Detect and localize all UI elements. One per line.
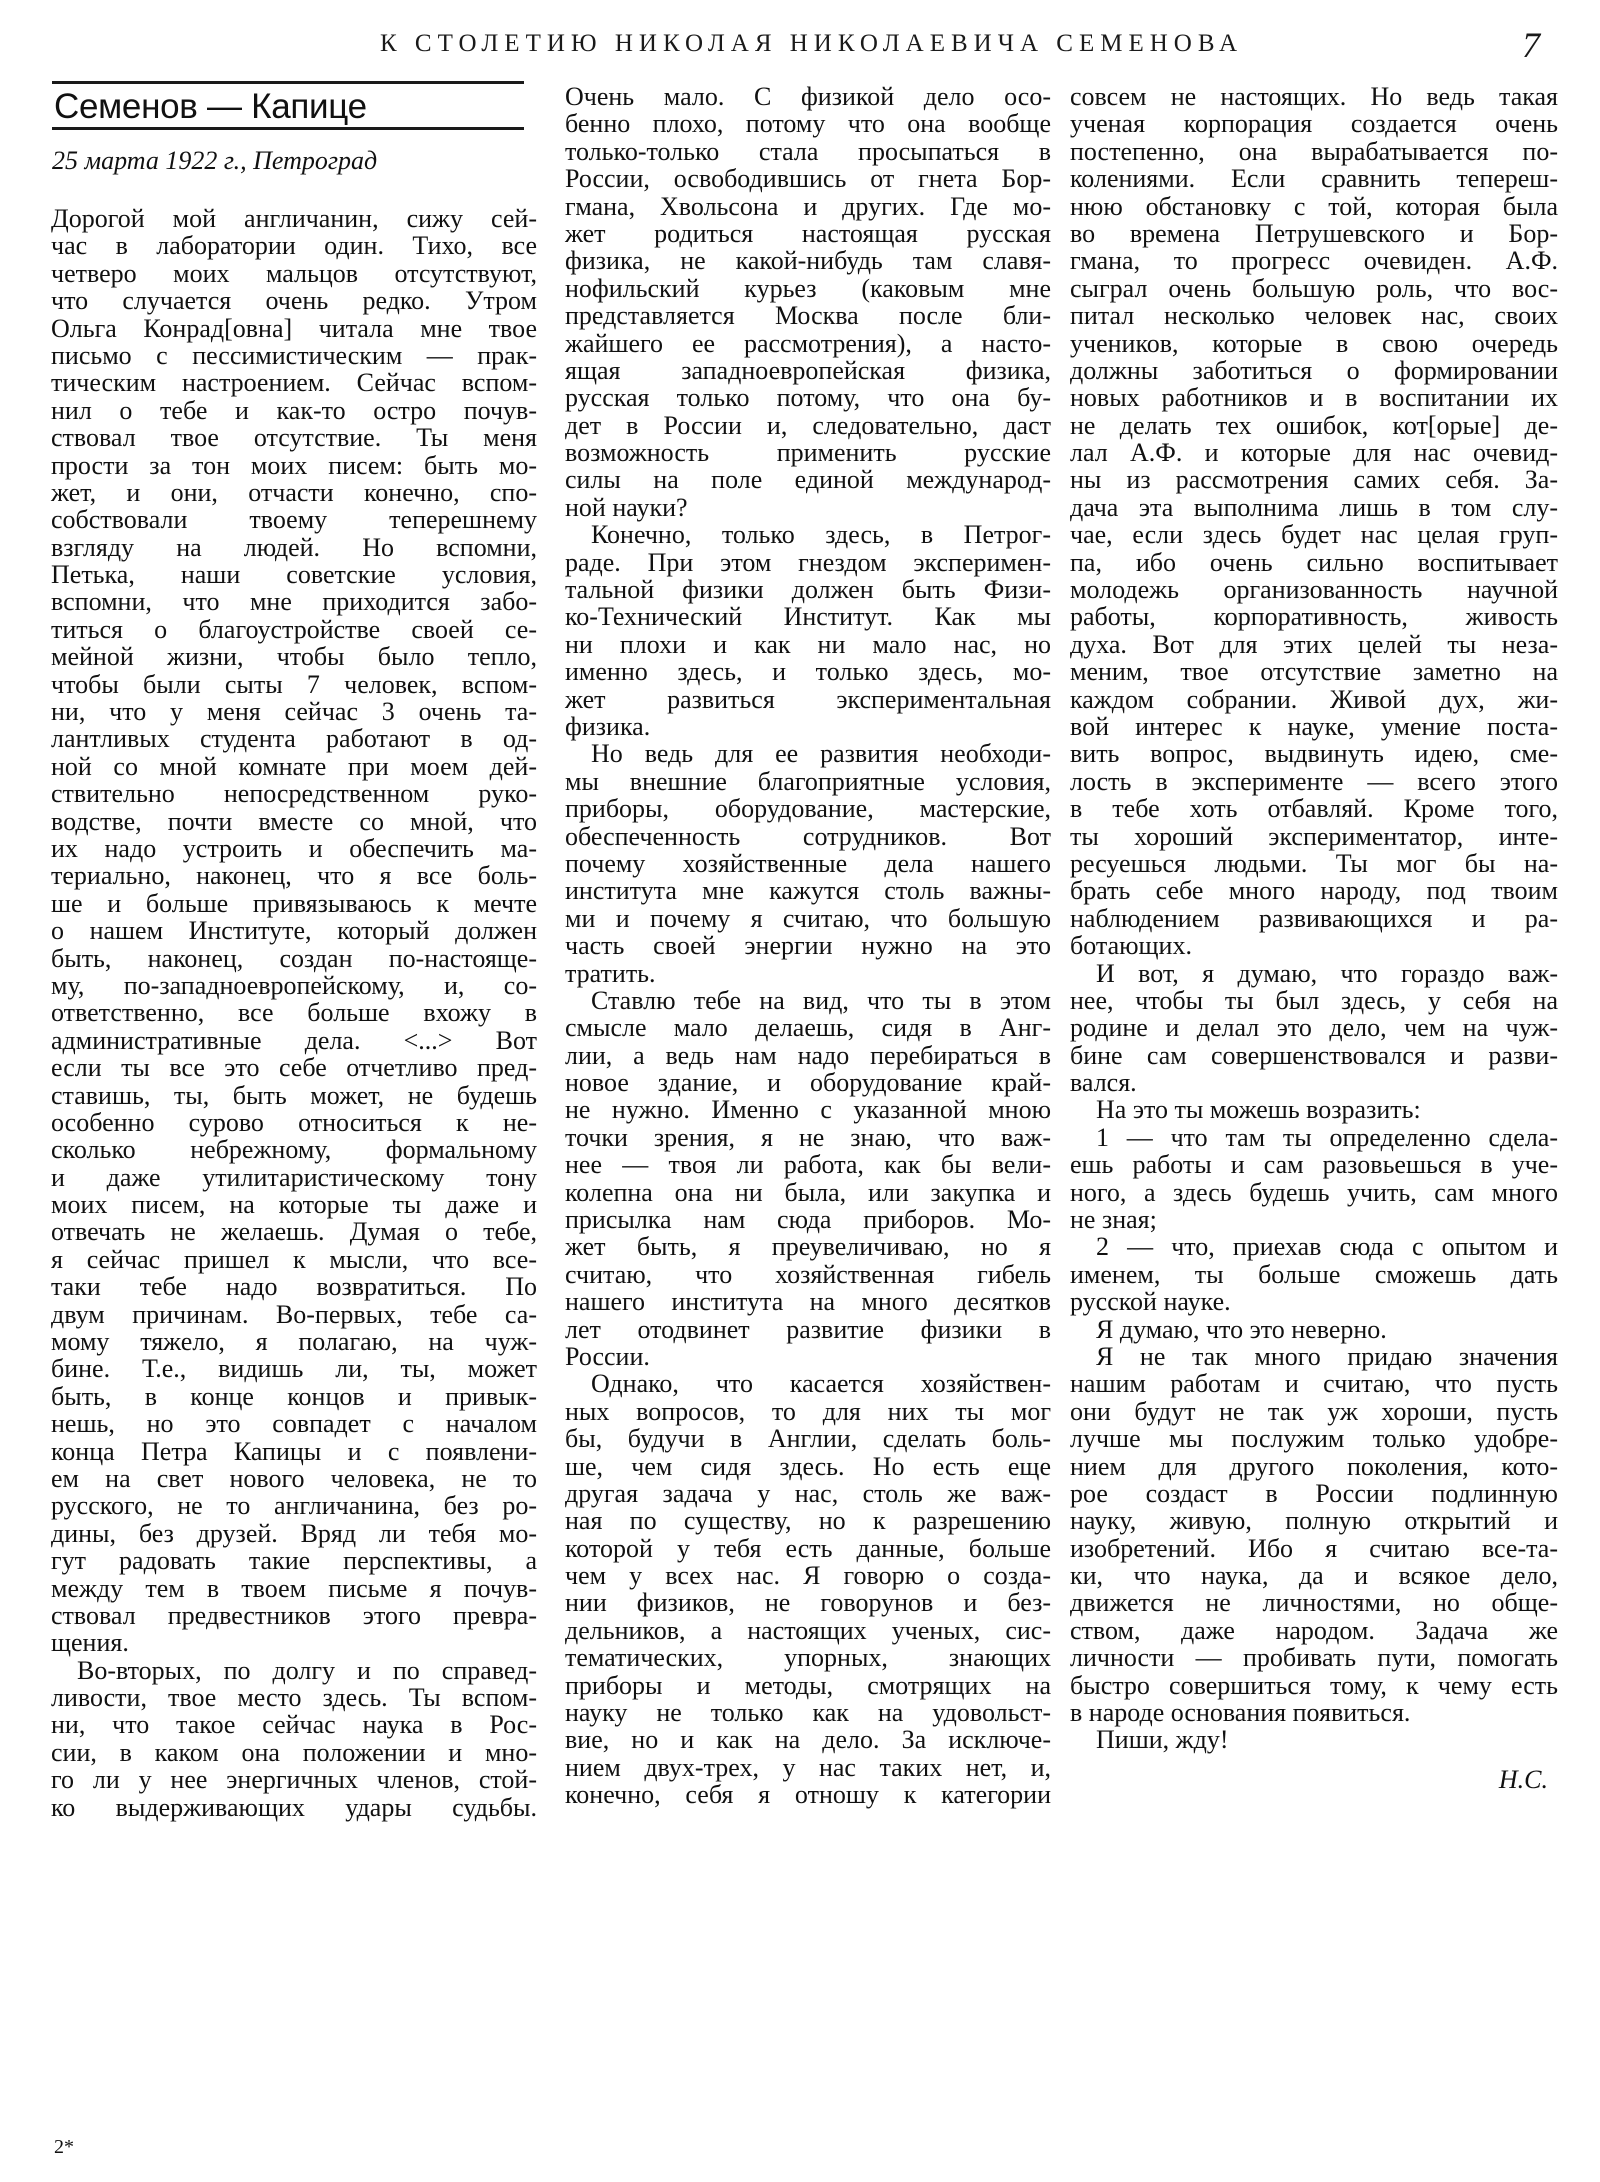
text-line: брать себе много народу, под твоим [1070,877,1558,904]
text-line: питал несколько человек нас, своих [1070,302,1558,329]
text-line: нии физиков, не говорунов и без- [565,1589,1051,1616]
text-line: и даже утилитаристическому тону [51,1164,537,1191]
text-line: смысле мало делаешь, сидя в Анг- [565,1014,1051,1041]
text-line: гмана, то прогресс очевиден. А.Ф. [1070,247,1558,274]
text-line: го ли у нее энергичных членов, стой- [51,1766,537,1793]
text-line: чтобы были сыты 7 человек, вспом- [51,671,537,698]
text-line: лет отодвинет развитие физики в [565,1316,1051,1343]
text-line: бине. Т.е., видишь ли, ты, может [51,1355,537,1382]
text-line: родине и делал это дело, чем на чуж- [1070,1014,1558,1041]
text-line: ше, чем сидя здесь. Но есть еще [565,1453,1051,1480]
text-line: чем у всех нас. Я говорю о созда- [565,1562,1051,1589]
text-line: России. [565,1343,1051,1370]
text-line: ной науки? [565,494,1051,521]
text-line: что случается очень редко. Утром [51,287,537,314]
text-line: России, освободившись от гнета Бор- [565,165,1051,192]
text-line: Конечно, только здесь, в Петрог- [565,521,1051,548]
text-line: молодежь организованность научной [1070,576,1558,603]
text-line: 1 — что там ты определенно сдела- [1070,1124,1558,1151]
text-line: лии, а ведь нам надо перебираться в [565,1042,1051,1069]
text-line: 2 — что, приехав сюда с опытом и [1070,1233,1558,1260]
text-line: Ольга Конрад[овна] читала мне твое [51,315,537,342]
text-line: Однако, что касается хозяйствен- [565,1370,1051,1397]
text-line: ного, а здесь будешь учить, сам много [1070,1179,1558,1206]
text-line: вить вопрос, выдвинуть идею, сме- [1070,740,1558,767]
text-line: жайшего ее рассмотрения), а насто- [565,330,1051,357]
page-number: 7 [1522,24,1540,66]
text-line: дины, без друзей. Вряд ли тебя мо- [51,1520,537,1547]
text-line: мы внешние благоприятные условия, [565,768,1051,795]
text-line: они будут не так уж хороши, пусть [1070,1398,1558,1425]
text-line: института мне кажутся столь важны- [565,877,1051,904]
text-line: быстро совершиться тому, к чему есть [1070,1672,1558,1699]
text-line: в народе основания появиться. [1070,1699,1558,1726]
text-line: вспомни, что мне приходится забо- [51,588,537,615]
text-line: каждом собрании. Живой дух, жи- [1070,686,1558,713]
text-line: часть своей энергии нужно на это [565,932,1051,959]
text-line: гмана, Хвольсона и других. Где мо- [565,193,1051,220]
text-line: работы, корпоративность, живость [1070,603,1558,630]
text-line: взгляду на людей. Но вспомни, [51,534,537,561]
text-line: дельников, а настоящих ученых, сис- [565,1617,1051,1644]
text-line: приборы, оборудование, мастерские, [565,795,1051,822]
text-line: му, по-западноевропейскому, и, со- [51,972,537,999]
text-line: физика. [565,713,1051,740]
text-line: лантливых студента работают в од- [51,725,537,752]
text-line: прости за тон моих писем: быть мо- [51,452,537,479]
text-line: быть, наконец, создан по-настояще- [51,945,537,972]
printer-sheet-mark: 2* [54,2136,74,2159]
text-line: ми и почему я считаю, что большую [565,905,1051,932]
text-line: таки тебе надо возвратиться. По [51,1273,537,1300]
text-line: ешь работы и сам разовьешься в уче- [1070,1151,1558,1178]
text-line: мейной жизни, чтобы было тепло, [51,643,537,670]
text-line: ше и больше привязываюсь к мечте [51,890,537,917]
text-line: новое здание, и оборудование край- [565,1069,1051,1096]
text-line: между тем в твоем письме я почув- [51,1575,537,1602]
text-line: о нашем Институте, который должен [51,917,537,944]
text-line: ки, что наука, да и всякое дело, [1070,1562,1558,1589]
text-line: нюю обстановку с той, которая была [1070,193,1558,220]
text-line: тематических, упорных, знающих [565,1644,1051,1671]
text-line: физика, не какой-нибудь там славя- [565,247,1051,274]
text-line: ни плохи и как ни мало нас, но [565,631,1051,658]
text-line: движется не личностями, но обще- [1070,1589,1558,1616]
text-line: только-только стала просыпаться в [565,138,1051,165]
title-rule-bottom [52,127,524,130]
running-header: К СТОЛЕТИЮ НИКОЛАЯ НИКОЛАЕВИЧА СЕМЕНОВА … [0,28,1600,68]
text-line: нофильский курьез (каковым мне [565,275,1051,302]
text-line: тратить. [565,960,1051,987]
text-line: ни, что такое сейчас наука в Рос- [51,1711,537,1738]
text-line: ко выдерживающих удары судьбы. [51,1794,537,1821]
text-line: особенно сурово относиться к не- [51,1109,537,1136]
text-line: ботающих. [1070,932,1558,959]
text-line: ством, даже народом. Задача же [1070,1617,1558,1644]
text-line: двум причинам. Во-первых, тебе са- [51,1301,537,1328]
text-line: ствовал предвестников этого превра- [51,1602,537,1629]
text-line: ни, что у меня сейчас 3 очень та- [51,698,537,725]
text-line: Петька, наши советские условия, [51,561,537,588]
text-line: нее — твоя ли работа, как бы вели- [565,1151,1051,1178]
text-line: Ставлю тебе на вид, что ты в этом [565,987,1051,1014]
text-line: нил о тебе и как-то остро почув- [51,397,537,424]
text-line: ответственно, все больше вхожу в [51,999,537,1026]
text-line: присылка нам сюда приборов. Мо- [565,1206,1051,1233]
text-line: сколько небрежному, формальному [51,1136,537,1163]
text-line: бенно плохо, потому что она вообще [565,110,1051,137]
text-line: титься о благоустройстве своей се- [51,616,537,643]
text-line: личности — пробивать пути, помогать [1070,1644,1558,1671]
text-line: собствовали твоему теперешнему [51,506,537,533]
text-line: отвечать не желаешь. Думая о тебе, [51,1218,537,1245]
text-line: если ты все это себе отчетливо пред- [51,1054,537,1081]
text-line: сии, в каком она положении и мно- [51,1739,537,1766]
text-line: силы на поле единой международ- [565,466,1051,493]
text-line: На это ты можешь возразить: [1070,1096,1558,1123]
text-line: жет родиться настоящая русская [565,220,1051,247]
text-line: Очень мало. С физикой дело осо- [565,83,1051,110]
text-line: моих писем, на которые ты даже и [51,1191,537,1218]
running-title: К СТОЛЕТИЮ НИКОЛАЯ НИКОЛАЕВИЧА СЕМЕНОВА [380,30,1243,58]
article-title-block: Семенов — Капице [52,81,524,130]
text-line: ливости, твое место здесь. Ты вспом- [51,1684,537,1711]
text-line: именем, ты больше сможешь дать [1070,1261,1558,1288]
text-line: лучше мы послужим только удобре- [1070,1425,1558,1452]
text-line: ставишь, ты, быть может, не будешь [51,1082,537,1109]
text-line: Во-вторых, по долгу и по справед- [51,1657,537,1684]
text-line: ной со мной комнате при моем дей- [51,753,537,780]
text-line: ты хороший экспериментатор, инте- [1070,823,1558,850]
text-column-2: Очень мало. С физикой дело осо-бенно пло… [565,83,1051,1809]
text-line: ученая корпорация создается очень [1070,110,1558,137]
text-line: нее, чтобы ты был здесь, у себя на [1070,987,1558,1014]
text-line: считаю, что хозяйственная гибель [565,1261,1051,1288]
text-line: четверо моих мальцов отсутствуют, [51,260,537,287]
text-line: ных вопросов, то для них ты мог [565,1398,1051,1425]
text-line: новых работников и в воспитании их [1070,384,1558,411]
text-column-3: совсем не настоящих. Но ведь такаяученая… [1070,83,1558,1796]
text-column-1: Дорогой мой англичанин, сижу сей-час в л… [51,205,537,1821]
text-line: их надо устроить и обеспечить ма- [51,835,537,862]
text-line: совсем не настоящих. Но ведь такая [1070,83,1558,110]
text-line: водстве, почти вместе со мной, что [51,808,537,835]
text-line: сыграл очень большую роль, что вос- [1070,275,1558,302]
text-line: учеников, которые в свою очередь [1070,330,1558,357]
text-line: тическим настроением. Сейчас вспом- [51,369,537,396]
text-line: науку не только как на удовольст- [565,1699,1051,1726]
text-line: ресуешься людьми. Ты мог бы на- [1070,850,1558,877]
text-line: конца Петра Капицы и с появлени- [51,1438,537,1465]
text-line: должны заботиться о формировании [1070,357,1558,384]
text-line: постепенно, она вырабатывается по- [1070,138,1558,165]
article-title: Семенов — Капице [52,84,524,127]
text-line: почему хозяйственные дела нашего [565,850,1051,877]
text-line: в тебе хоть отбавляй. Кроме того, [1070,795,1558,822]
text-line: колепна она ни была, или закупка и [565,1179,1051,1206]
text-line: лость в эксперименте — всего этого [1070,768,1558,795]
text-line: русской науке. [1070,1288,1558,1315]
text-line: быть, в конце концов и привык- [51,1383,537,1410]
text-line: вой интерес к науке, умение поста- [1070,713,1558,740]
text-line: Дорогой мой англичанин, сижу сей- [51,205,537,232]
text-line: вался. [1070,1069,1558,1096]
text-line: именно здесь, и только здесь, мо- [565,658,1051,685]
text-line: гут радовать такие перспективы, а [51,1547,537,1574]
text-line: нашего института на много десятков [565,1288,1051,1315]
text-line: обеспеченность сотрудников. Вот [565,823,1051,850]
text-line: административные дела. <...> Вот [51,1027,537,1054]
text-line: русская только потому, что она бу- [565,384,1051,411]
text-line: нием для другого поколения, кото- [1070,1453,1558,1480]
text-line: дет в России и, следовательно, даст [565,412,1051,439]
text-line: ствовал твое отсутствие. Ты меня [51,424,537,451]
text-line: русского, не то англичанина, без ро- [51,1492,537,1519]
text-line: жет развиться экспериментальная [565,686,1051,713]
signature: Н.С. [1070,1766,1558,1796]
text-line: Я не так много придаю значения [1070,1343,1558,1370]
text-line: Пиши, жду! [1070,1726,1558,1753]
text-line: бы, будучи в Англии, сделать боль- [565,1425,1051,1452]
text-line: наблюдением развивающихся и ра- [1070,905,1558,932]
text-line: которой у тебя есть данные, больше [565,1535,1051,1562]
text-line: дача эта выполнима лишь в том слу- [1070,494,1558,521]
text-line: чае, если здесь будет нас целая груп- [1070,521,1558,548]
text-line: час в лаборатории один. Тихо, все [51,232,537,259]
text-line: нашим работам и считаю, что пусть [1070,1370,1558,1397]
text-line: конечно, себя я отношу к категории [565,1781,1051,1808]
text-line: ствительно непосредственном руко- [51,780,537,807]
text-line: возможность применить русские [565,439,1051,466]
text-line: изобретений. Ибо я считаю все-та- [1070,1535,1558,1562]
text-line: щения. [51,1629,537,1656]
text-line: лал А.Ф. и которые для нас очевид- [1070,439,1558,466]
text-line: нешь, но это совпадет с началом [51,1410,537,1437]
text-line: рое создаст в России подлинную [1070,1480,1558,1507]
text-line: не делать тех ошибок, кот[орые] де- [1070,412,1558,439]
text-line: ко-Технический Институт. Как мы [565,603,1051,630]
text-line: во времена Петрушевского и Бор- [1070,220,1558,247]
text-line: мому тяжело, я полагаю, на чуж- [51,1328,537,1355]
text-line: науку, живую, полную открытий и [1070,1507,1558,1534]
text-line: жет быть, я преувеличиваю, но я [565,1233,1051,1260]
text-line: Но ведь для ее развития необходи- [565,740,1051,767]
text-line: ящая западноевропейская физика, [565,357,1051,384]
text-line: бине сам совершенствовался и разви- [1070,1042,1558,1069]
text-line: письмо с пессимистическим — прак- [51,342,537,369]
text-line: Я думаю, что это неверно. [1070,1316,1558,1343]
dateline: 25 марта 1922 г., Петроград [52,146,377,176]
text-line: точки зрения, я не знаю, что важ- [565,1124,1051,1151]
text-line: вие, но и как на дело. За исключе- [565,1726,1051,1753]
text-line: меним, твое отсутствие заметно на [1070,658,1558,685]
text-line: ная по существу, но к разрешению [565,1507,1051,1534]
text-line: териально, наконец, что я все боль- [51,862,537,889]
text-line: ны из рассмотрения самих себя. За- [1070,466,1558,493]
text-line: тальной физики должен быть Физи- [565,576,1051,603]
text-line: не зная; [1070,1206,1558,1233]
text-line: жет, и они, отчасти конечно, спо- [51,479,537,506]
text-line: И вот, я думаю, что гораздо важ- [1070,960,1558,987]
text-line: я сейчас пришел к мысли, что все- [51,1246,537,1273]
text-line: па, ибо очень сильно воспитывает [1070,549,1558,576]
text-line: нием двух-трех, у нас таких нет, и, [565,1754,1051,1781]
text-line: колениями. Если сравнить тепереш- [1070,165,1558,192]
text-line: не нужно. Именно с указанной мною [565,1096,1051,1123]
text-line: ем на свет нового человека, не то [51,1465,537,1492]
text-line: духа. Вот для этих целей ты неза- [1070,631,1558,658]
text-line: приборы и методы, смотрящих на [565,1672,1051,1699]
text-line: представляется Москва после бли- [565,302,1051,329]
text-line: другая задача у нас, столь же важ- [565,1480,1051,1507]
text-line: раде. При этом гнездом эксперимен- [565,549,1051,576]
